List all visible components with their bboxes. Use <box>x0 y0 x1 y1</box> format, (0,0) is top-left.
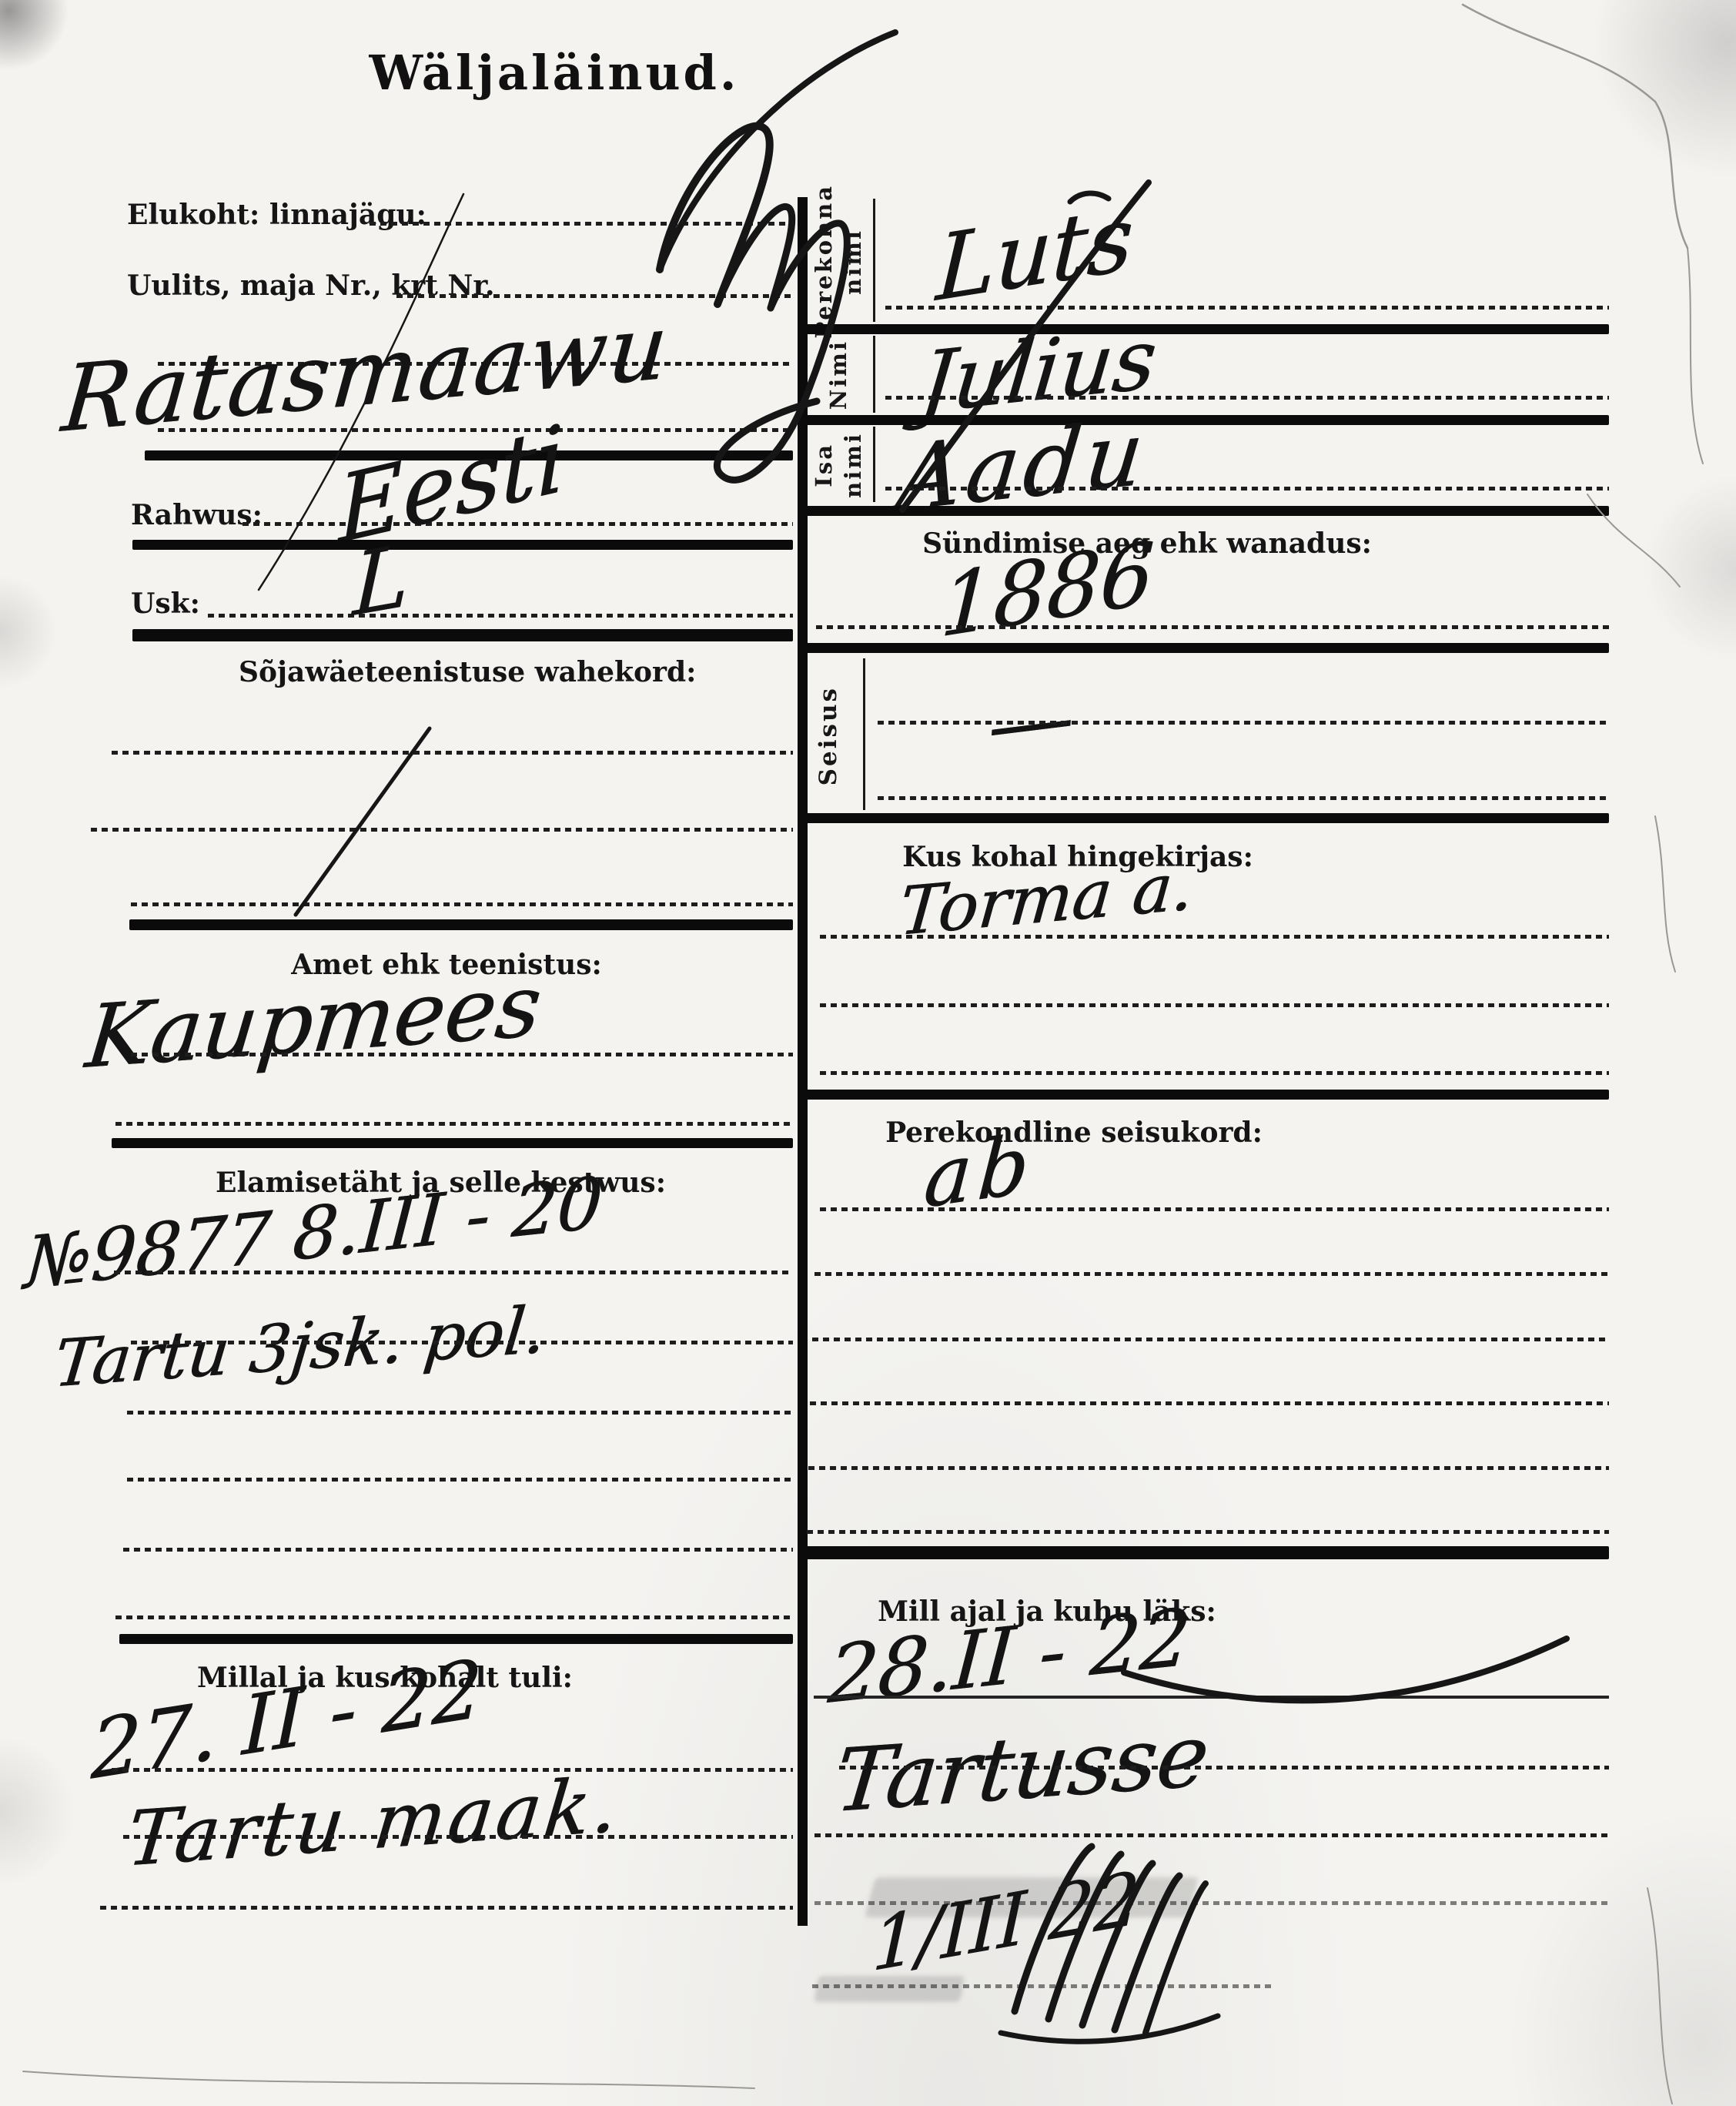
write-line <box>812 1338 1609 1341</box>
section-divider-bar <box>798 643 1609 653</box>
crease-line <box>1647 1888 1672 2104</box>
military-status-strike <box>296 728 430 915</box>
section-divider-bar <box>798 506 1609 516</box>
write-line <box>878 721 1609 725</box>
section-divider-bar <box>798 1090 1609 1100</box>
write-line <box>123 1835 793 1839</box>
write-line <box>208 614 793 618</box>
write-line <box>131 902 793 906</box>
field-separator-line <box>873 336 875 413</box>
write-line <box>820 1071 1609 1075</box>
write-line <box>396 294 793 298</box>
signature-scribble <box>1001 2016 1218 2041</box>
section-divider-bar <box>132 540 793 550</box>
write-line <box>885 306 1609 310</box>
section-divider-bar <box>798 415 1609 425</box>
residence-district-label: Elukoht: linnajägu: <box>127 199 426 231</box>
religion-handwriting: L <box>351 525 410 635</box>
departure-flourish <box>1124 1639 1567 1700</box>
section-divider-bar <box>801 1546 1609 1559</box>
write-line <box>131 1053 793 1056</box>
write-line <box>123 1548 793 1552</box>
write-line <box>885 487 1609 491</box>
registration-card: Wäljaläinud. Elukoht: linnajägu: Uulits,… <box>0 0 1736 2106</box>
write-line <box>115 1615 793 1619</box>
write-line <box>814 1833 1609 1837</box>
field-separator-line <box>863 658 865 810</box>
nationality-label: Rahwus: <box>131 499 263 531</box>
write-line <box>115 1122 793 1126</box>
surname-label: Perekonnanimi <box>805 202 871 321</box>
section-divider-bar <box>129 919 793 930</box>
write-line <box>878 796 1609 800</box>
write-line <box>91 828 793 832</box>
write-line <box>820 1003 1609 1007</box>
write-line <box>814 1272 1609 1276</box>
write-line <box>370 222 793 226</box>
permit-issuer-handwriting: Tartu 3jsk. pol. <box>51 1291 550 1402</box>
field-separator-line <box>873 427 875 502</box>
write-line <box>127 1411 793 1415</box>
write-line <box>839 1766 1609 1770</box>
write-line <box>131 1341 793 1344</box>
title-scrawl-stroke <box>660 126 770 304</box>
crease-line <box>1463 5 1655 102</box>
write-line <box>814 1696 1609 1699</box>
occupation-handwriting: Kaupmees <box>82 956 546 1088</box>
section-divider-bar <box>798 813 1609 823</box>
write-line <box>816 625 1609 629</box>
form-title: Wäljaläinud. <box>339 45 770 101</box>
crease-line <box>1655 102 1687 248</box>
write-line <box>112 1768 793 1772</box>
surname-handwriting: Luts <box>934 185 1136 322</box>
section-divider-bar <box>132 629 793 641</box>
write-line <box>112 751 793 755</box>
status-label: Seisus <box>801 667 856 805</box>
write-line <box>100 1906 793 1910</box>
religion-label: Usk: <box>131 588 200 620</box>
section-divider-bar <box>798 324 1609 334</box>
crease-line <box>1655 816 1675 972</box>
write-line <box>127 1478 793 1482</box>
field-separator-line <box>873 199 875 322</box>
section-divider-bar <box>119 1634 793 1644</box>
signature-date-handwriting: 1/III 22 <box>871 1856 1141 1989</box>
write-line <box>114 1271 793 1274</box>
write-line <box>820 1207 1609 1211</box>
military-service-label: Sõjawäeteenistuse wahekord: <box>239 656 624 688</box>
crease-line <box>1687 248 1703 464</box>
write-line <box>810 1401 1609 1405</box>
write-line <box>808 1466 1609 1470</box>
crease-line <box>23 2071 754 2088</box>
write-line <box>885 396 1609 400</box>
section-divider-bar <box>112 1138 793 1148</box>
write-line <box>820 935 1609 939</box>
father-name-label: Isanimi <box>805 428 871 502</box>
firstname-label: Nimi <box>805 337 871 413</box>
write-line <box>807 1530 1609 1534</box>
